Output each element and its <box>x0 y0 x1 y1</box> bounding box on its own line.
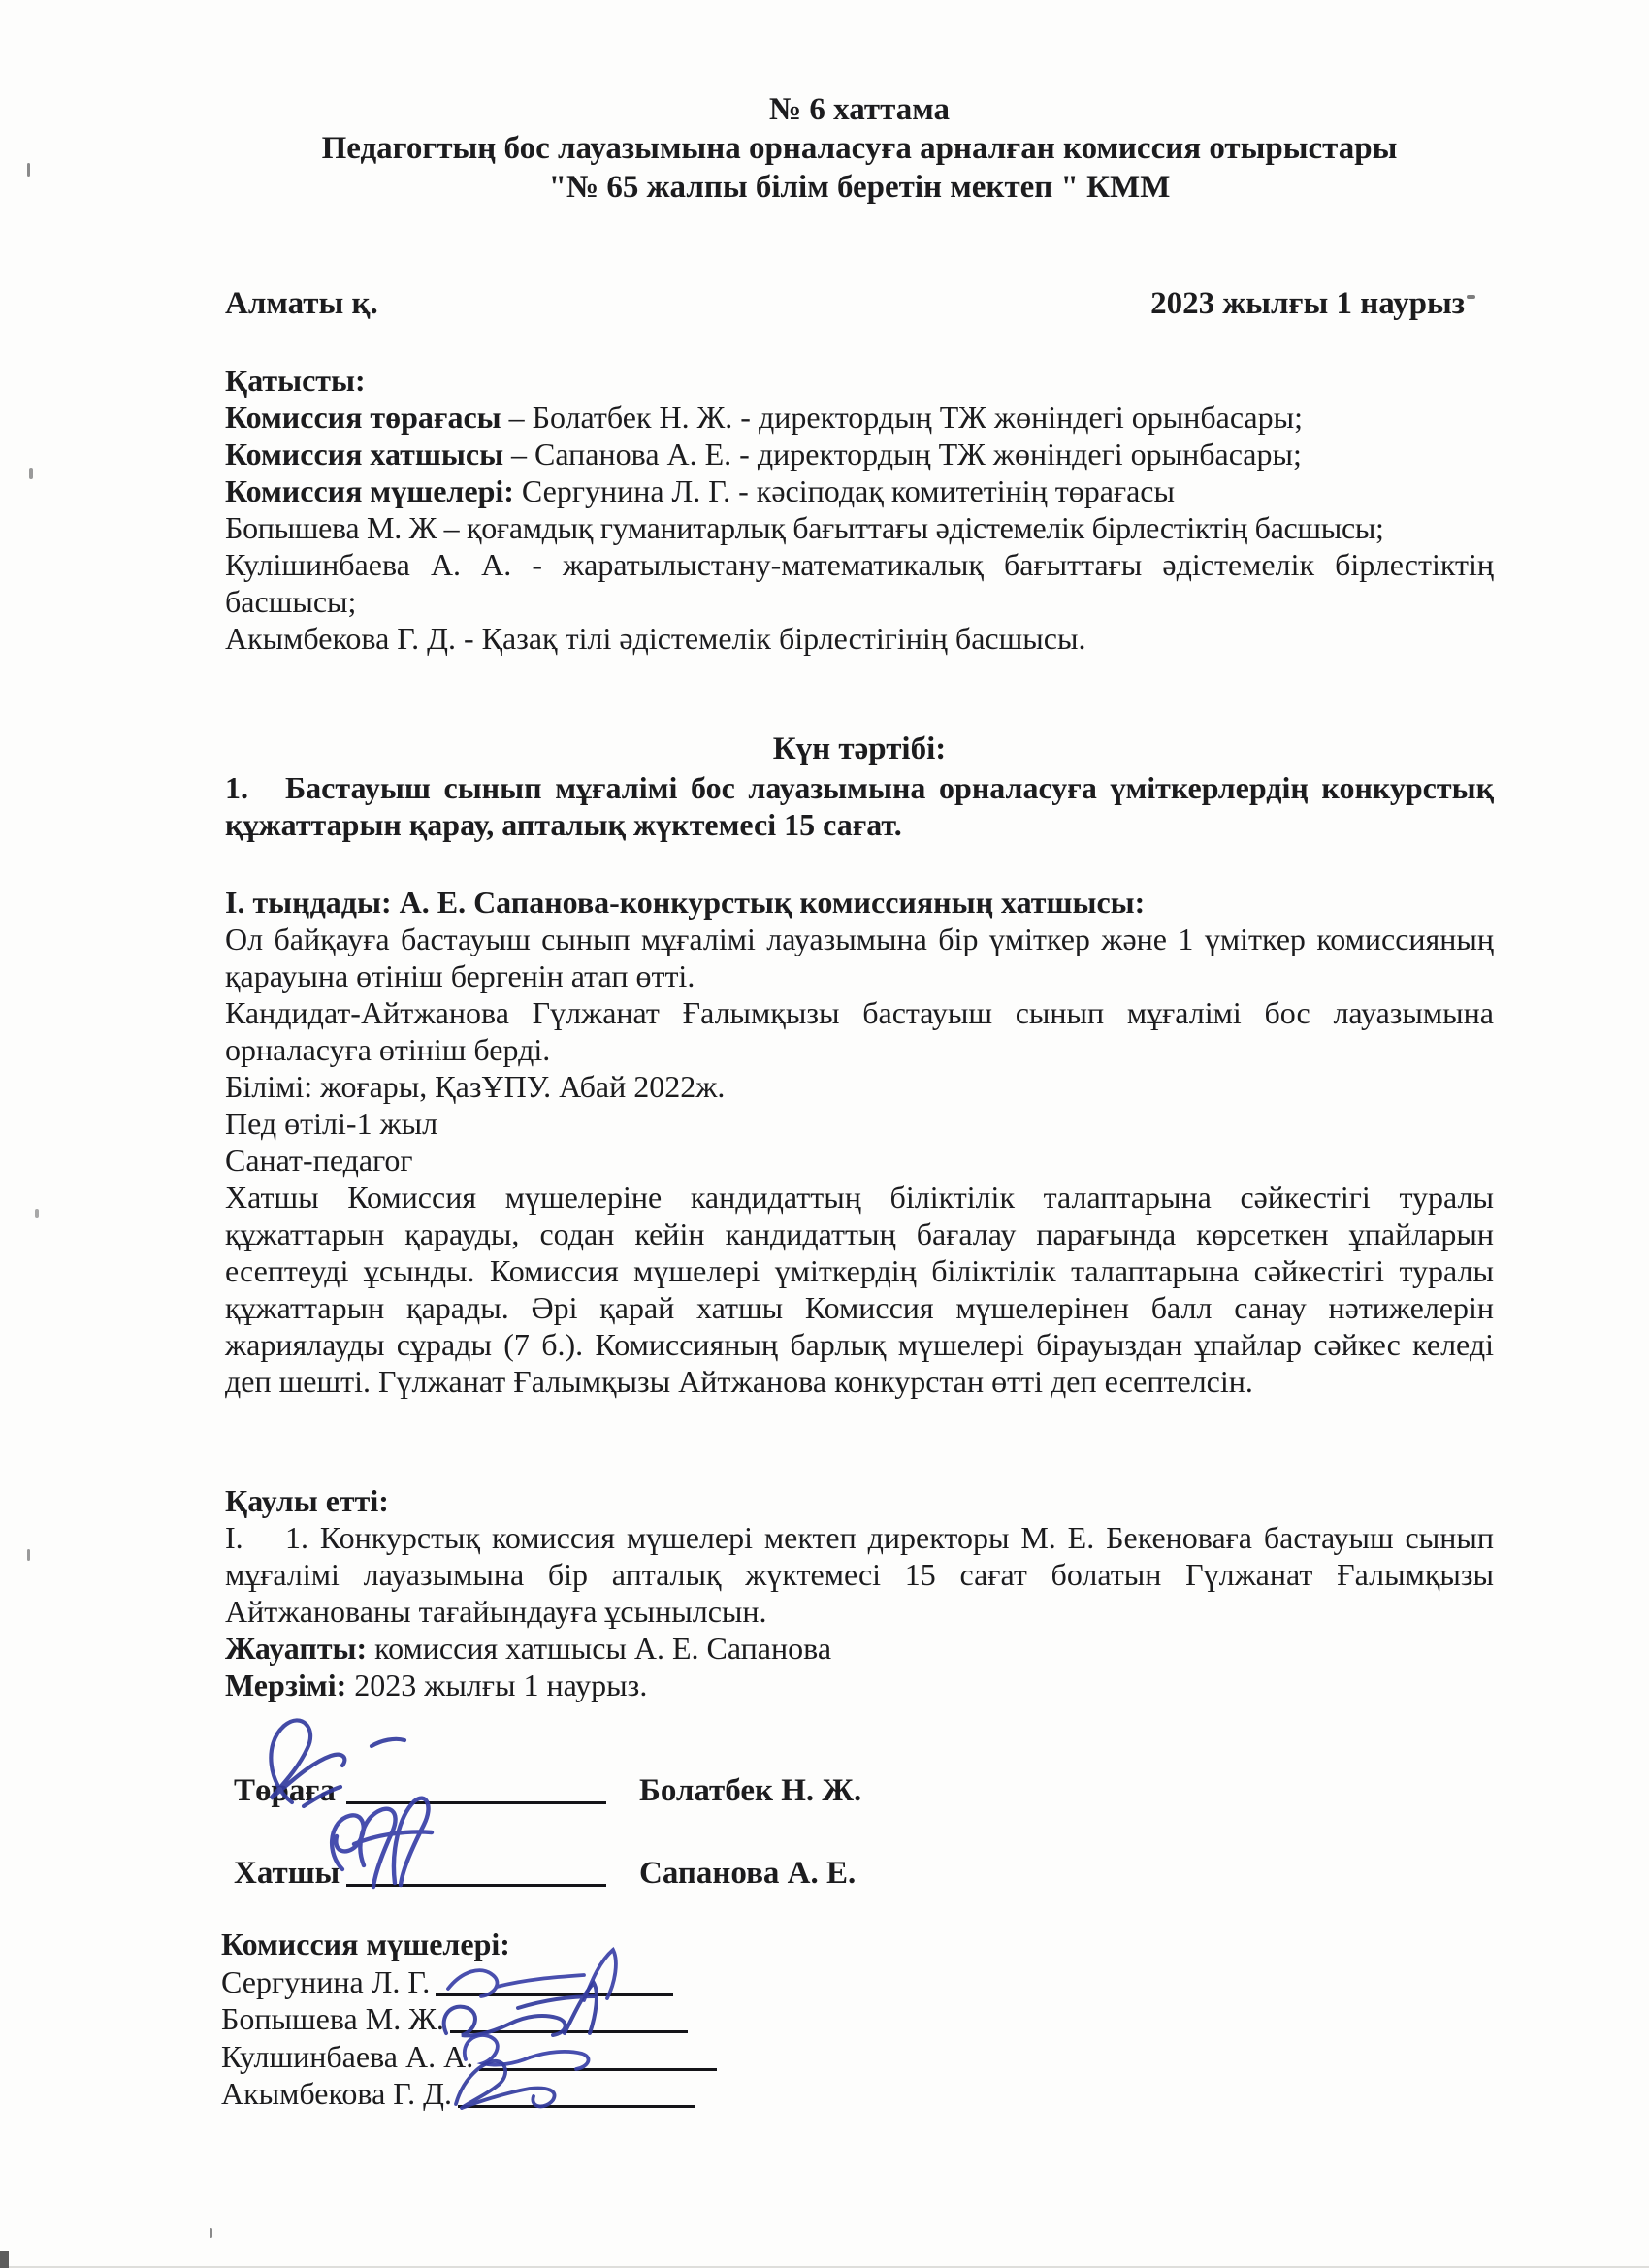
candidate-experience: Пед өтілі-1 жыл <box>225 1105 1494 1142</box>
scanned-protocol-document: № 6 хаттама Педагогтың бос лауазымына ор… <box>0 0 1649 2268</box>
agenda-item-number: 1. <box>225 769 285 806</box>
chairman-name: Болатбек Н. Ж. <box>639 1773 861 1808</box>
agenda-item: 1.Бастауыш сынып мұғалімі бос лауазымына… <box>225 769 1494 843</box>
meta-row: Алматы қ. 2023 жылғы 1 наурыз <box>225 285 1494 322</box>
responsible-line: Жауапты: комиссия хатшысы А. Е. Сапанова <box>225 1630 1494 1667</box>
attendee-line: Комиссия төрағасы – Болатбек Н. Ж. - дир… <box>225 399 1494 436</box>
protocol-number: № 6 хаттама <box>225 90 1494 129</box>
resolved-section: Қаулы етті: І.1. Конкурстық комиссия мүш… <box>225 1482 1494 1703</box>
member-name: Сергунина Л. Г. <box>221 1964 430 1999</box>
member-signature-row: Бопышева М. Ж. <box>221 2000 1482 2038</box>
school-name: "№ 65 жалпы білім беретін мектеп " КММ <box>225 168 1494 207</box>
member-signature-line <box>450 2026 688 2033</box>
secretary-label: Хатшы <box>234 1854 346 1893</box>
candidate-category: Санат-педагог <box>225 1142 1494 1179</box>
scan-speck <box>35 1209 39 1218</box>
secretary-signature-line <box>346 1880 606 1887</box>
attendees-heading: Қатысты: <box>225 362 1494 399</box>
resolved-heading: Қаулы етті: <box>225 1482 1494 1519</box>
member-signature-row: Кулшинбаева А. А. <box>221 2038 1482 2076</box>
document-date: 2023 жылғы 1 наурыз <box>1150 285 1465 322</box>
chairman-label: Төраға <box>234 1771 346 1810</box>
member-signature-line <box>436 1990 673 1996</box>
member-name: Кулшинбаева А. А. <box>221 2039 473 2074</box>
agenda-section: Күн тәртібі: 1.Бастауыш сынып мұғалімі б… <box>225 729 1494 843</box>
scan-speck <box>1467 295 1475 299</box>
attendee-line: Комиссия хатшысы – Сапанова А. Е. - дире… <box>225 436 1494 472</box>
attendees-section: Қатысты: Комиссия төрағасы – Болатбек Н.… <box>225 362 1494 657</box>
member-name: Акымбекова Г. Д. <box>221 2076 452 2111</box>
scan-speck <box>27 1549 30 1561</box>
deadline-line: Мерзімі: 2023 жылғы 1 наурыз. <box>225 1667 1494 1703</box>
members-heading: Комиссия мүшелері: <box>221 1926 1482 1963</box>
scan-speck <box>210 2228 212 2238</box>
scan-speck <box>29 468 33 479</box>
attendee-line: Акымбекова Г. Д. - Қазақ тілі әдістемелі… <box>225 620 1494 657</box>
secretary-signature-row: ХатшыСапанова А. Е. <box>234 1854 1495 1893</box>
candidate-education: Білімі: жоғары, ҚазҰПУ. Абай 2022ж. <box>225 1068 1494 1105</box>
members-signatures-section: Комиссия мүшелері: Сергунина Л. Г. Бопыш… <box>221 1926 1482 2113</box>
attendee-line: Кулішинбаева А. А. - жаратылыстану-матем… <box>225 546 1494 620</box>
heard-paragraph: Кандидат-Айтжанова Гүлжанат Ғалымқызы ба… <box>225 994 1494 1068</box>
resolved-item-number: І. <box>225 1519 285 1556</box>
resolved-item: І.1. Конкурстық комиссия мүшелері мектеп… <box>225 1519 1494 1630</box>
attendee-line: Бопышева М. Ж – қоғамдық гуманитарлық ба… <box>225 509 1494 546</box>
scan-corner-artifact <box>0 2251 9 2268</box>
scan-speck <box>27 163 30 177</box>
member-signature-row: Сергунина Л. Г. <box>221 1963 1482 2001</box>
agenda-heading: Күн тәртібі: <box>225 729 1494 769</box>
heard-paragraph: Ол байқауға бастауыш сынып мұғалімі лауа… <box>225 921 1494 994</box>
chairman-signature-line <box>346 1798 606 1804</box>
heard-paragraph: Хатшы Комиссия мүшелеріне кандидаттың бі… <box>225 1179 1494 1400</box>
heard-heading: І. тыңдады: А. Е. Сапанова-конкурстық ко… <box>225 884 1494 921</box>
protocol-title: Педагогтың бос лауазымына орналасуға арн… <box>225 129 1494 168</box>
attendee-line: Комиссия мүшелері: Сергунина Л. Г. - кәс… <box>225 472 1494 509</box>
heard-section: І. тыңдады: А. Е. Сапанова-конкурстық ко… <box>225 884 1494 1400</box>
secretary-name: Сапанова А. Е. <box>639 1856 856 1891</box>
member-signature-row: Акымбекова Г. Д. <box>221 2075 1482 2113</box>
document-header: № 6 хаттама Педагогтың бос лауазымына ор… <box>225 90 1494 207</box>
chairman-signature-row: ТөрағаБолатбек Н. Ж. <box>234 1771 1495 1810</box>
city: Алматы қ. <box>225 285 378 322</box>
member-signature-line <box>458 2101 695 2108</box>
member-signature-line <box>479 2064 717 2071</box>
member-name: Бопышева М. Ж. <box>221 2001 444 2036</box>
